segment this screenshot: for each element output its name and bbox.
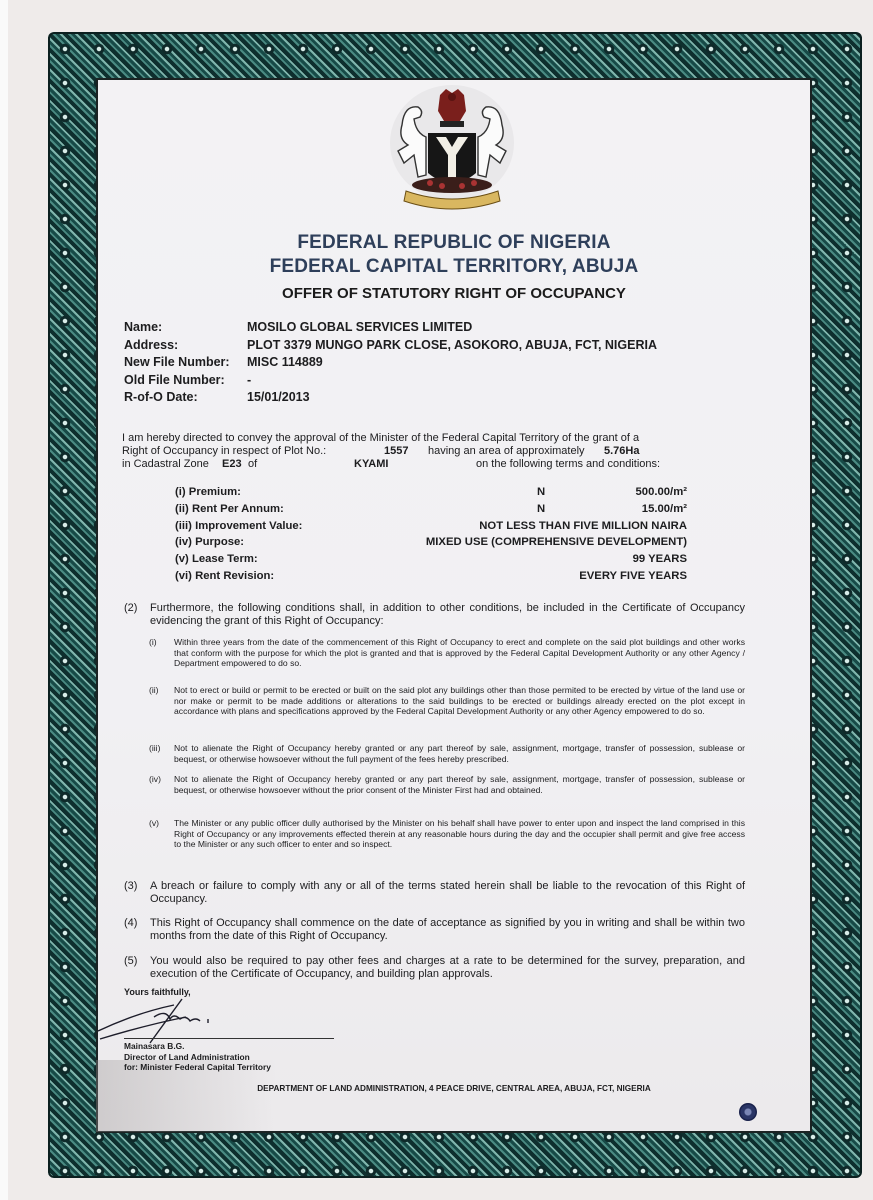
- info-value: 15/01/2013: [247, 390, 310, 408]
- info-value: PLOT 3379 MUNGO PARK CLOSE, ASOKORO, ABU…: [247, 338, 657, 356]
- sub-condition-iv: (iv) Not to alienate the Right of Occupa…: [149, 774, 745, 795]
- info-row-address: Address: PLOT 3379 MUNGO PARK CLOSE, ASO…: [124, 338, 657, 356]
- intro-line-1: I am hereby directed to convey the appro…: [122, 432, 742, 445]
- plot-area: 5.76Ha: [604, 445, 639, 458]
- applicant-info: Name: MOSILO GLOBAL SERVICES LIMITED Add…: [124, 320, 657, 408]
- signature-line: [124, 1038, 334, 1039]
- info-row-date: R-of-O Date: 15/01/2013: [124, 390, 657, 408]
- info-label: Name:: [124, 320, 247, 338]
- document-title: OFFER OF STATUTORY RIGHT OF OCCUPANCY: [96, 285, 812, 302]
- plot-number: 1557: [384, 445, 408, 458]
- sub-condition-v: (v) The Minister or any public officer d…: [149, 818, 745, 850]
- info-row-name: Name: MOSILO GLOBAL SERVICES LIMITED: [124, 320, 657, 338]
- term-row: (ii) Rent Per Annum: N 15.00/m²: [175, 503, 687, 520]
- info-value: -: [247, 373, 251, 391]
- term-row: (v) Lease Term: 99 YEARS: [175, 553, 687, 570]
- sub-condition-ii: (ii) Not to erect or build or permit to …: [149, 685, 745, 717]
- signer-title: Director of Land Administration: [124, 1052, 271, 1063]
- signer-name: Mainasara B.G.: [124, 1041, 271, 1052]
- condition-2: (2) Furthermore, the following condition…: [124, 602, 745, 628]
- terms-table: (i) Premium: N 500.00/m² (ii) Rent Per A…: [175, 486, 687, 587]
- info-label: Address:: [124, 338, 247, 356]
- scan-edge: [0, 0, 8, 1200]
- term-row: (iv) Purpose: MIXED USE (COMPREHENSIVE D…: [175, 536, 687, 553]
- intro-line-3: in Cadastral Zone E23 of KYAMI on the fo…: [122, 458, 742, 471]
- intro-line-2: Right of Occupancy in respect of Plot No…: [122, 445, 742, 458]
- signer-block: Mainasara B.G. Director of Land Administ…: [124, 1041, 271, 1073]
- info-value: MOSILO GLOBAL SERVICES LIMITED: [247, 320, 472, 338]
- sub-condition-i: (i) Within three years from the date of …: [149, 637, 745, 669]
- seal-icon: [739, 1103, 757, 1121]
- district: KYAMI: [354, 458, 388, 471]
- cadastral-zone: E23: [222, 458, 242, 471]
- condition-4: (4) This Right of Occupancy shall commen…: [124, 917, 745, 943]
- term-row: (vi) Rent Revision: EVERY FIVE YEARS: [175, 570, 687, 587]
- term-row: (i) Premium: N 500.00/m²: [175, 486, 687, 503]
- sub-condition-iii: (iii) Not to alienate the Right of Occup…: [149, 743, 745, 764]
- info-label: R-of-O Date:: [124, 390, 247, 408]
- info-value: MISC 114889: [247, 355, 323, 373]
- condition-3: (3) A breach or failure to comply with a…: [124, 880, 745, 906]
- info-row-new-file: New File Number: MISC 114889: [124, 355, 657, 373]
- coat-of-arms-icon: [384, 85, 520, 213]
- info-row-old-file: Old File Number: -: [124, 373, 657, 391]
- info-label: New File Number:: [124, 355, 247, 373]
- intro-paragraph: I am hereby directed to convey the appro…: [122, 432, 742, 471]
- info-label: Old File Number:: [124, 373, 247, 391]
- heading-republic: FEDERAL REPUBLIC OF NIGERIA: [96, 232, 812, 254]
- footer-address: DEPARTMENT OF LAND ADMINISTRATION, 4 PEA…: [96, 1084, 812, 1093]
- signer-for: for: Minister Federal Capital Territory: [124, 1062, 271, 1073]
- term-row: (iii) Improvement Value: NOT LESS THAN F…: [175, 520, 687, 537]
- heading-territory: FEDERAL CAPITAL TERRITORY, ABUJA: [96, 256, 812, 278]
- condition-5: (5) You would also be required to pay ot…: [124, 955, 745, 981]
